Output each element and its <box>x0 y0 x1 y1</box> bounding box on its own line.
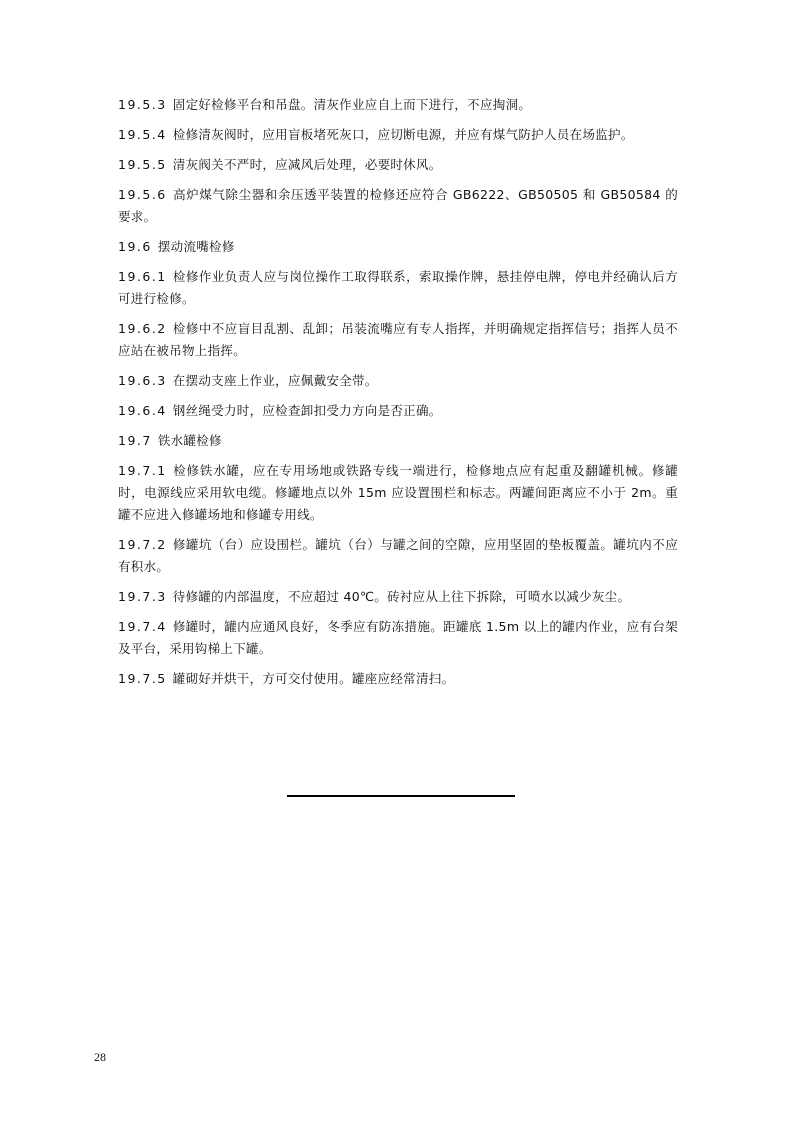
clause-19-7-5: 19.7.5罐砌好并烘干，方可交付使用。罐座应经常清扫。 <box>118 668 678 690</box>
clause-text: 检修清灰阀时，应用盲板堵死灰口，应切断电源，并应有煤气防护人员在场监护。 <box>173 127 634 142</box>
clause-text: 修罐坑（台）应设围栏。罐坑（台）与罐之间的空隙，应用坚固的垫板覆盖。罐坑内不应有… <box>118 537 678 574</box>
clause-number: 19.5.3 <box>118 97 167 112</box>
clause-text: 固定好检修平台和吊盘。清灰作业应自上而下进行，不应掏洞。 <box>173 97 531 112</box>
clause-text: 检修中不应盲目乱割、乱卸；吊装流嘴应有专人指挥，并明确规定指挥信号；指挥人员不应… <box>118 321 678 358</box>
section-number: 19.6 <box>118 239 152 254</box>
clause-19-6-3: 19.6.3在摆动支座上作业，应佩戴安全带。 <box>118 370 678 392</box>
page-number: 28 <box>94 1050 106 1065</box>
clause-text: 清灰阀关不严时，应减风后处理，必要时休风。 <box>173 157 442 172</box>
clause-19-7-2: 19.7.2修罐坑（台）应设围栏。罐坑（台）与罐之间的空隙，应用坚固的垫板覆盖。… <box>118 534 678 578</box>
clause-text: 待修罐的内部温度，不应超过 40℃。砖衬应从上往下拆除，可喷水以减少灰尘。 <box>173 589 631 604</box>
clause-number: 19.6.4 <box>118 403 167 418</box>
clause-19-5-3: 19.5.3固定好检修平台和吊盘。清灰作业应自上而下进行，不应掏洞。 <box>118 94 678 116</box>
clause-text: 高炉煤气除尘器和余压透平装置的检修还应符合 GB6222、GB50505 和 G… <box>118 187 678 224</box>
clause-number: 19.5.6 <box>118 187 167 202</box>
clause-number: 19.7.5 <box>118 671 167 686</box>
clause-19-6-1: 19.6.1检修作业负责人应与岗位操作工取得联系，索取操作牌，悬挂停电牌，停电并… <box>118 266 678 310</box>
section-title: 铁水罐检修 <box>158 433 222 448</box>
document-page: 19.5.3固定好检修平台和吊盘。清灰作业应自上而下进行，不应掏洞。 19.5.… <box>0 0 794 1123</box>
clause-19-7-4: 19.7.4修罐时，罐内应通风良好，冬季应有防冻措施。距罐底 1.5m 以上的罐… <box>118 616 678 660</box>
section-heading-19-6: 19.6摆动流嘴检修 <box>118 236 678 258</box>
end-of-document-rule <box>287 795 515 797</box>
clause-text: 检修铁水罐，应在专用场地或铁路专线一端进行，检修地点应有起重及翻罐机械。修罐时，… <box>118 463 678 522</box>
clause-number: 19.5.4 <box>118 127 167 142</box>
clause-number: 19.6.1 <box>118 269 167 284</box>
clause-number: 19.6.3 <box>118 373 167 388</box>
clause-text: 检修作业负责人应与岗位操作工取得联系，索取操作牌，悬挂停电牌，停电并经确认后方可… <box>118 269 678 306</box>
section-title: 摆动流嘴检修 <box>158 239 235 254</box>
clause-19-5-5: 19.5.5清灰阀关不严时，应减风后处理，必要时休风。 <box>118 154 678 176</box>
clause-19-6-2: 19.6.2检修中不应盲目乱割、乱卸；吊装流嘴应有专人指挥，并明确规定指挥信号；… <box>118 318 678 362</box>
section-heading-19-7: 19.7铁水罐检修 <box>118 430 678 452</box>
clause-number: 19.7.1 <box>118 463 167 478</box>
clause-19-7-1: 19.7.1检修铁水罐，应在专用场地或铁路专线一端进行，检修地点应有起重及翻罐机… <box>118 460 678 526</box>
document-body: 19.5.3固定好检修平台和吊盘。清灰作业应自上而下进行，不应掏洞。 19.5.… <box>118 94 678 698</box>
clause-text: 罐砌好并烘干，方可交付使用。罐座应经常清扫。 <box>173 671 455 686</box>
clause-number: 19.5.5 <box>118 157 167 172</box>
clause-number: 19.7.2 <box>118 537 167 552</box>
clause-text: 修罐时，罐内应通风良好，冬季应有防冻措施。距罐底 1.5m 以上的罐内作业，应有… <box>118 619 678 656</box>
clause-19-5-4: 19.5.4检修清灰阀时，应用盲板堵死灰口，应切断电源，并应有煤气防护人员在场监… <box>118 124 678 146</box>
clause-text: 钢丝绳受力时，应检查卸扣受力方向是否正确。 <box>173 403 442 418</box>
clause-number: 19.7.4 <box>118 619 167 634</box>
section-number: 19.7 <box>118 433 152 448</box>
clause-19-7-3: 19.7.3待修罐的内部温度，不应超过 40℃。砖衬应从上往下拆除，可喷水以减少… <box>118 586 678 608</box>
clause-number: 19.7.3 <box>118 589 167 604</box>
clause-19-6-4: 19.6.4钢丝绳受力时，应检查卸扣受力方向是否正确。 <box>118 400 678 422</box>
clause-19-5-6: 19.5.6高炉煤气除尘器和余压透平装置的检修还应符合 GB6222、GB505… <box>118 184 678 228</box>
clause-number: 19.6.2 <box>118 321 167 336</box>
clause-text: 在摆动支座上作业，应佩戴安全带。 <box>173 373 378 388</box>
